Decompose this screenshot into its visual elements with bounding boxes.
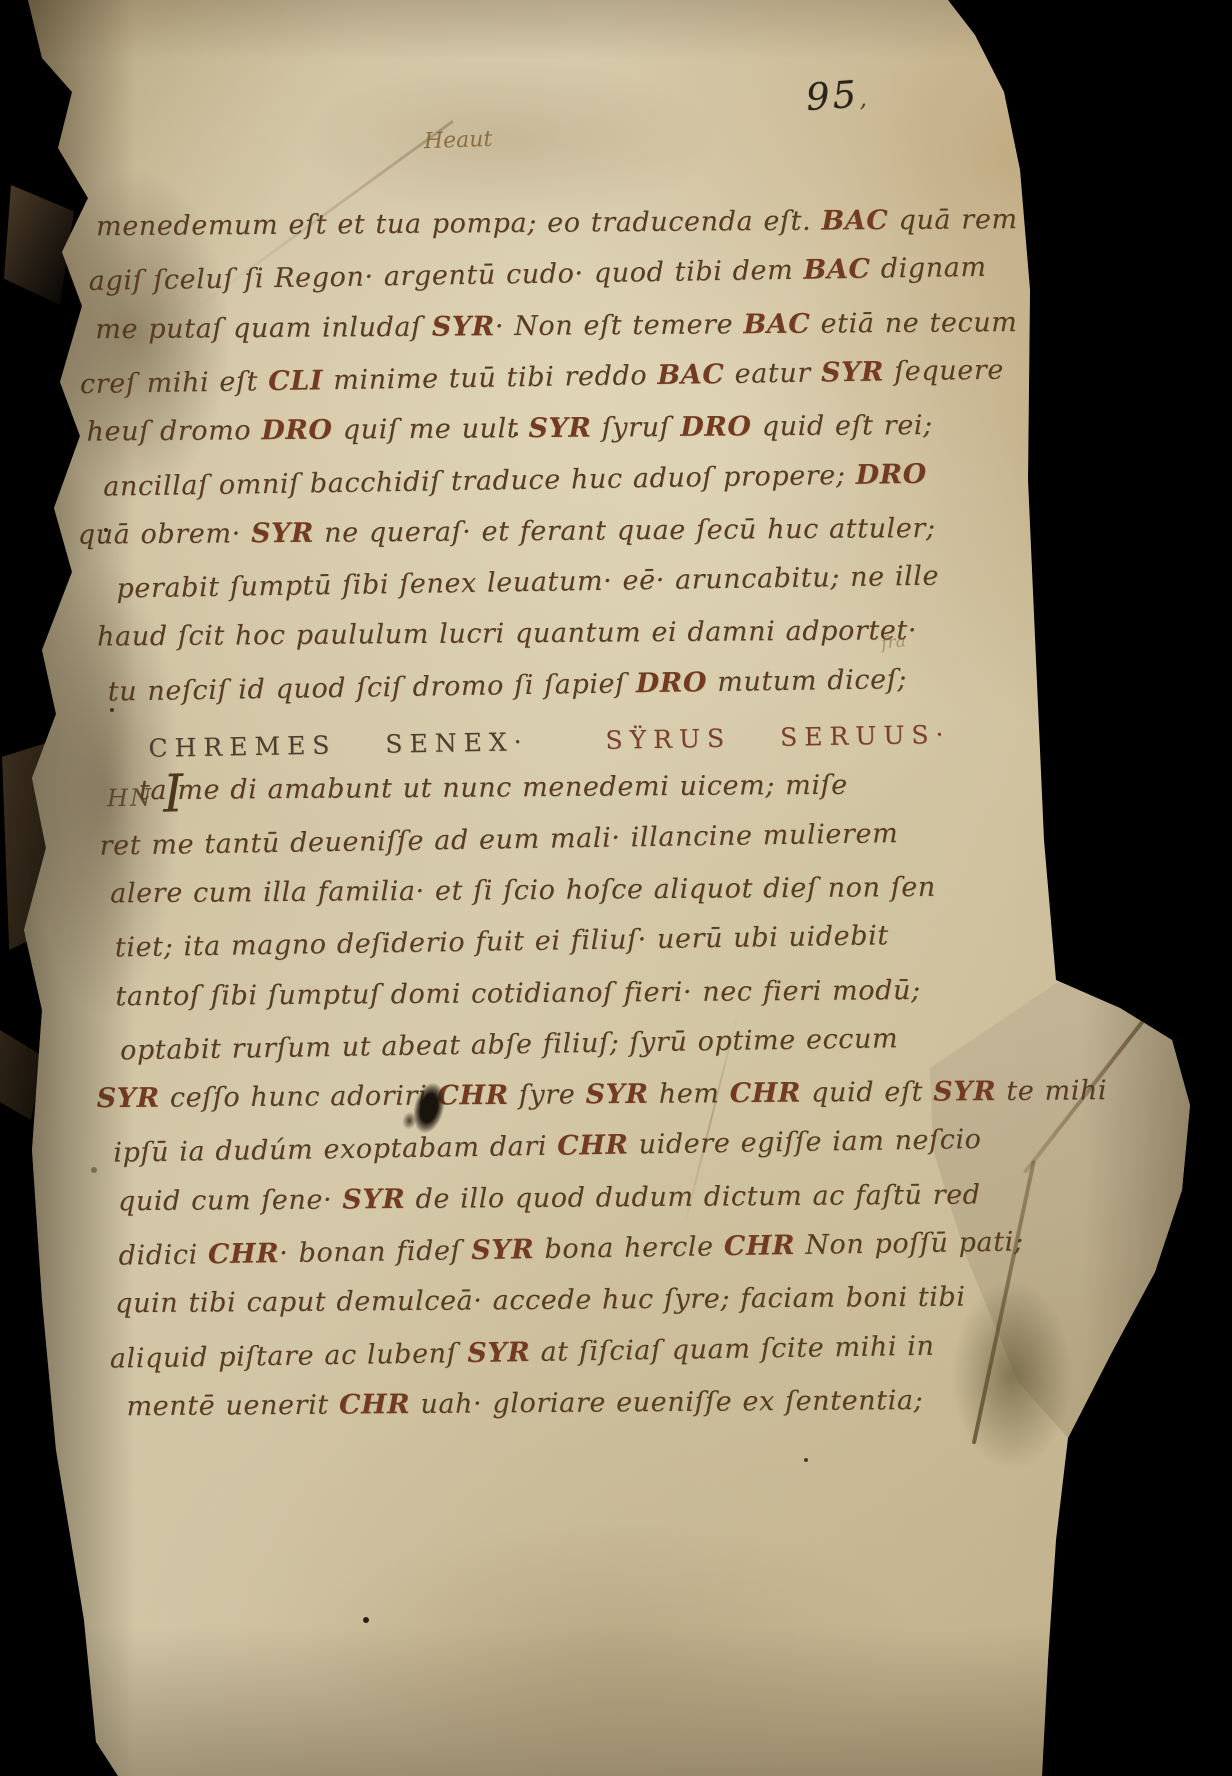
manuscript-line: haud ſcit hoc paululum lucri quantum ei … (97, 617, 917, 650)
manuscript-line: ancillaſ omniſ bacchidiſ traduce huc adu… (103, 461, 927, 501)
manuscript-line: ipſū ia dudúm exoptabam dari CHR uidere … (113, 1126, 982, 1167)
dirt-specks (104, 528, 108, 532)
manuscript-line: ret me tantū deueniſſe ad eum mali· illa… (99, 820, 898, 860)
manuscript-line: quin tibi caput demulceā· accede huc ſyr… (115, 1284, 966, 1318)
scene-heading: CHREMES SENEX· SŸRUS SERUUS· (148, 722, 950, 761)
manuscript-line: ta me di amabunt ut nunc menedemi uicem;… (139, 772, 848, 805)
manuscript-line: SYR ceſſo hunc adoriri CHR ſyre SYR hem … (97, 1077, 1108, 1112)
torn-parchment-fragment (4, 185, 74, 305)
manuscript-line: heuſ dromo DRO quiſ me uult SYR ſyruſ DR… (86, 412, 932, 446)
manuscript-line: creſ mihi eſt CLI minime tuū tibi reddo … (80, 357, 1004, 399)
text-lines: menedemum eſt et tua pompa; eo traducend… (0, 0, 1229, 1)
manuscript-photo: { "document": { "type_note": "parchment … (0, 0, 1232, 1776)
manuscript-line: agiſ ſceluſ ſi Regon· argentū cudo· quod… (89, 254, 987, 295)
manuscript-line: quid cum ſene· SYR de illo quod dudum di… (118, 1181, 981, 1215)
parchment-leaf: 95, Heaut menedemum eſt et tua pompa; eo… (0, 0, 1232, 1776)
scene-heading-part1: CHREMES SENEX· (148, 727, 529, 763)
manuscript-line: mentē uenerit CHR uah· gloriare eueniſſe… (126, 1387, 923, 1420)
manuscript-line: didici CHR· bonan fideſ SYR bona hercle … (118, 1228, 1023, 1269)
manuscript-line: perabit ſumptū ſibi ſenex leuatum· eē· a… (116, 563, 939, 603)
manuscript-line: tu neſciſ id quod ſciſ dromo ſi ſapieſ D… (108, 666, 908, 706)
manuscript-line: menedemum eſt et tua pompa; eo traducend… (96, 206, 1018, 240)
manuscript-line: tantoſ ſibi ſumptuſ domi cotidianoſ fier… (115, 977, 920, 1010)
initial-letter: I (162, 771, 184, 818)
manuscript-line: aliquid piſtare ac lubenſ SYR at ſiſciaſ… (110, 1333, 935, 1373)
text-block: menedemum eſt et tua pompa; eo traducend… (0, 0, 1232, 1776)
manuscript-line: alere cum illa familia· et ſi ſcio hoſce… (110, 874, 936, 907)
margin-note-left: HN (107, 784, 153, 813)
manuscript-line: tiet; ita magno deſiderio fuit ei filiuſ… (115, 922, 889, 961)
scene-heading-part2: SŸRUS SERUUS· (605, 720, 950, 755)
margin-note-right: fra (880, 631, 907, 654)
manuscript-line: quā obrem· SYR ne queraſ· et ferant quae… (78, 515, 936, 549)
manuscript-line: optabit rurſum ut abeat abſe filiuſ; ſyr… (120, 1025, 898, 1064)
manuscript-line: me putaſ quam inludaſ SYR· Non eſt temer… (95, 309, 1017, 343)
